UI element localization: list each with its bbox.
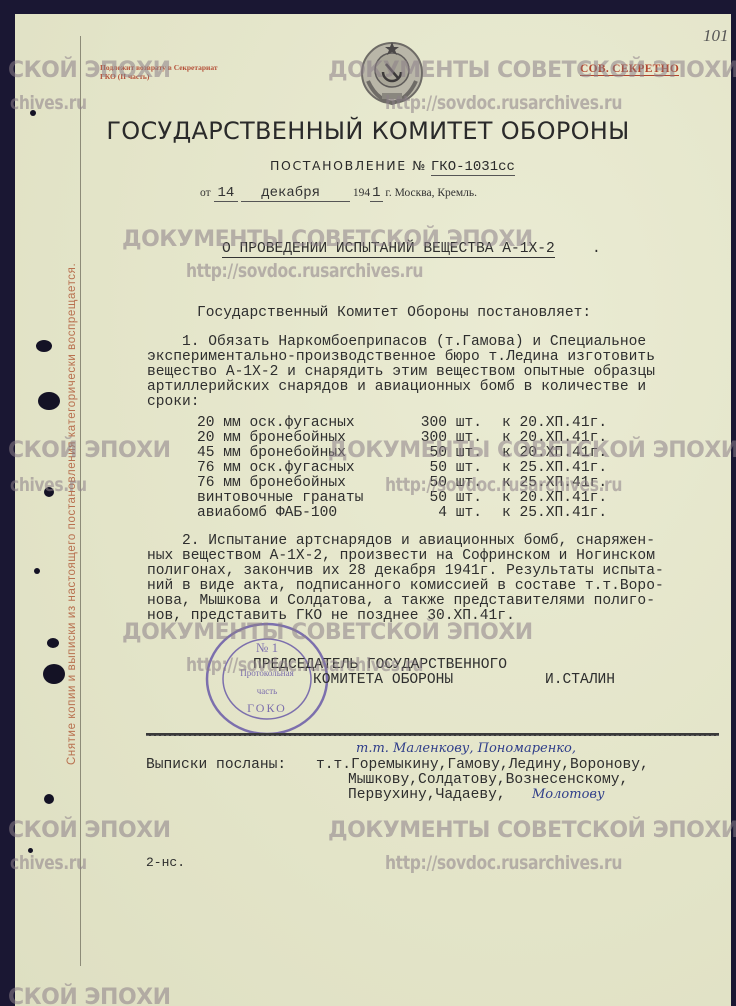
watermark-text: ДОКУМЕНТЫ СОВЕТСКОЙ ЭПОХИ <box>328 438 736 463</box>
table-row: авиабомб ФАБ-1004 шт.к 25.ХП.41г. <box>197 506 642 521</box>
punch-hole <box>47 638 59 648</box>
punch-hole <box>44 794 54 804</box>
watermark-url: http://sovdoc.rusarchives.ru <box>385 92 622 114</box>
punch-hole <box>34 568 40 574</box>
punch-hole <box>38 392 60 410</box>
svg-text:часть: часть <box>257 686 278 696</box>
watermark-text: ДОКУМЕНТЫ СОВЕТСКОЙ ЭПОХИ <box>328 818 736 843</box>
watermark-url: chives.ru <box>10 852 87 874</box>
watermark-text: ДОКУМЕНТЫ СОВЕТСКОЙ ЭПОХИ <box>122 620 533 645</box>
punch-hole <box>43 664 65 684</box>
watermark-text: ДОКУМЕНТЫ СОВЕТСКОЙ ЭПОХИ <box>122 227 533 252</box>
distribution-line-3: Первухину,Чадаеву, <box>348 788 506 803</box>
handwritten-addition-top: т.т. Маленкову, Пономаренко, <box>356 741 576 756</box>
watermark-text: ДОКУМЕНТЫ СОВЕТСКОЙ ЭПОХИ <box>328 58 736 83</box>
resolution-intro: Государственный Комитет Обороны постанов… <box>197 306 591 321</box>
watermark-url: http://sovdoc.rusarchives.ru <box>385 852 622 874</box>
munitions-table: 20 мм оск.фугасных300 шт.к 20.ХП.41г. 20… <box>197 416 642 521</box>
date-month: декабря <box>241 185 350 202</box>
watermark-text: СКОЙ ЭПОХИ <box>8 438 171 463</box>
svg-text:ГОКО: ГОКО <box>247 701 287 715</box>
watermark-url: chives.ru <box>10 474 87 496</box>
handwritten-addition-end: Молотову <box>532 787 605 802</box>
decree-number-line: ПОСТАНОВЛЕНИЕ №ГКО-1031сс <box>270 158 515 175</box>
watermark-url: chives.ru <box>10 92 87 114</box>
date-line: от 14 декабря 1941 г. Москва, Кремль. <box>200 185 477 202</box>
margin-notice: Снятие копии и выписки из настоящего пос… <box>66 263 78 765</box>
page-title: ГОСУДАРСТВЕННЫЙ КОМИТЕТ ОБОРОНЫ <box>0 117 736 145</box>
watermark-text: СКОЙ ЭПОХИ <box>8 818 171 843</box>
watermark-url: http://sovdoc.rusarchives.ru <box>186 260 423 282</box>
punch-hole <box>36 340 52 352</box>
divider <box>146 733 719 736</box>
signature-name: И.СТАЛИН <box>545 673 615 688</box>
date-day: 14 <box>214 185 239 202</box>
paragraph-2: 2. Испытание артснарядов и авиационных б… <box>147 534 664 624</box>
page-number: 101 <box>703 26 729 46</box>
distribution-line-2: Мышкову,Солдатову,Вознесенскому, <box>348 773 628 788</box>
distribution-label: Выписки посланы: <box>146 758 286 773</box>
distribution-line-1: т.т.Горемыкину,Гамову,Ледину,Воронову, <box>316 758 649 773</box>
watermark-text: СКОЙ ЭПОХИ <box>8 58 171 83</box>
decree-number: ГКО-1031сс <box>431 159 515 176</box>
watermark-text: СКОЙ ЭПОХИ <box>8 985 171 1006</box>
typist-code: 2-нс. <box>146 855 185 870</box>
watermark-url: http://sovdoc.rusarchives.ru <box>385 474 622 496</box>
paragraph-1: 1. Обязать Наркомбоеприпасов (т.Гамова) … <box>147 335 655 410</box>
table-row: 20 мм оск.фугасных300 шт.к 20.ХП.41г. <box>197 416 642 431</box>
watermark-url: http://sovdoc.rusarchives.ru <box>186 654 423 676</box>
